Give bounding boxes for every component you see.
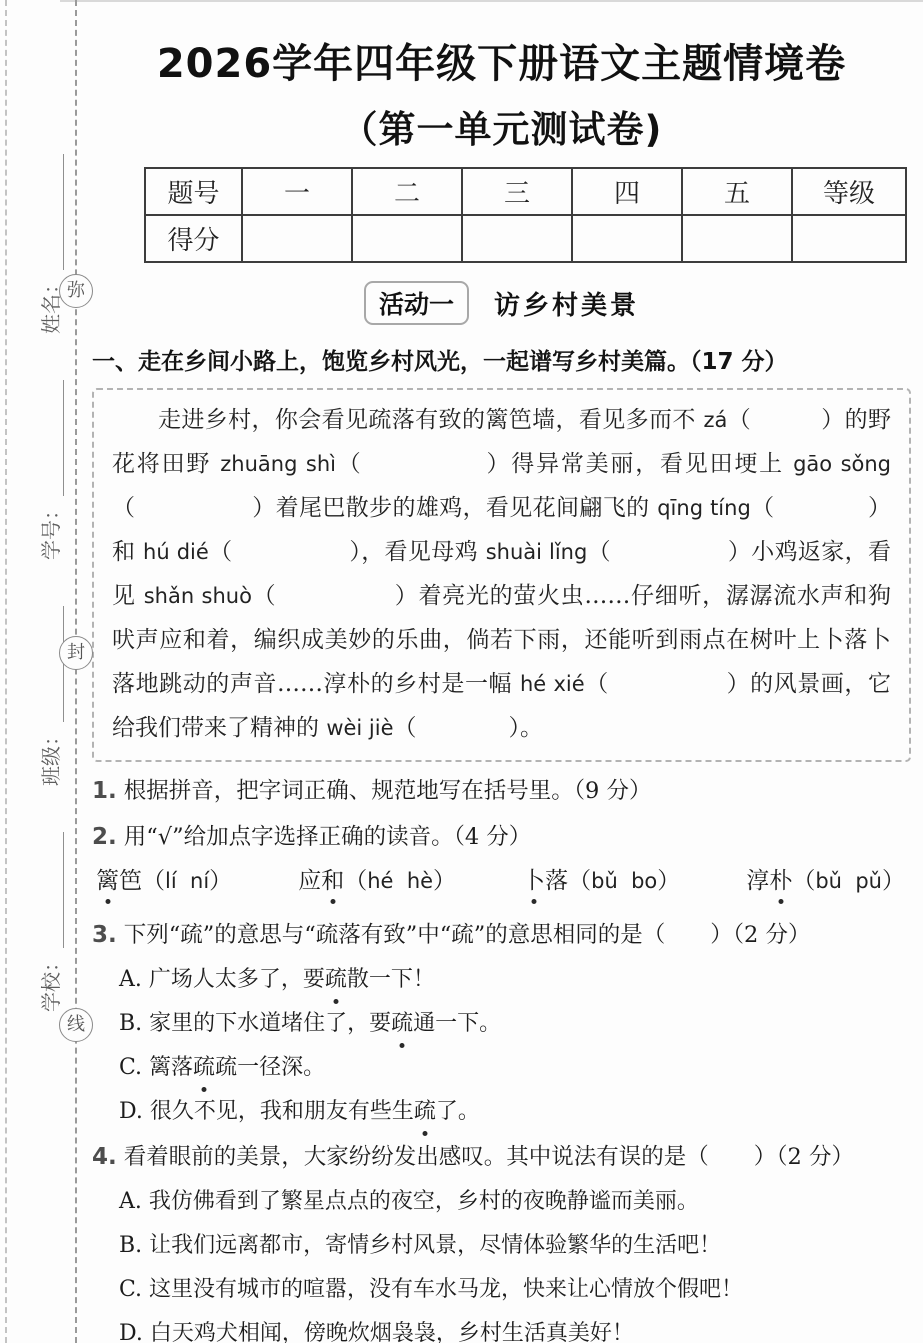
school-label: 学校： xyxy=(35,952,64,1012)
q3-option-d: D. 很久不见，我和朋友有些生疏了。 xyxy=(119,1095,911,1128)
exam-subtitle: （第一单元测试卷) xyxy=(92,99,911,153)
seal-dashed-line xyxy=(75,0,77,1343)
seal-char-xian: 线 xyxy=(59,1008,93,1042)
score-header-5: 五 xyxy=(682,168,792,215)
question-1-number: 1. xyxy=(92,778,117,804)
score-cell-1 xyxy=(242,215,352,262)
score-cell-3 xyxy=(462,215,572,262)
q2-word-buluo: 卜落（bǔ bo） xyxy=(522,866,680,896)
score-cell-5 xyxy=(682,215,792,262)
student-number-blank-line xyxy=(43,380,64,496)
score-table: 题号 一 二 三 四 五 等级 得分 xyxy=(144,167,907,263)
score-cell-grade xyxy=(792,215,906,262)
school-blank-line xyxy=(43,832,64,948)
score-header-3: 三 xyxy=(462,168,572,215)
seal-char-mi: 弥 xyxy=(59,274,93,308)
question-4: 4.看着眼前的美景，大家纷纷发出感叹。其中说法有误的是（ ）（2 分） xyxy=(92,1141,911,1174)
q3-option-b: B. 家里的下水道堵住了，要疏通一下。 xyxy=(119,1007,911,1040)
score-header-1: 一 xyxy=(242,168,352,215)
exam-content: 2026学年四年级下册语文主题情境卷 （第一单元测试卷) 题号 一 二 三 四 … xyxy=(92,0,911,1343)
score-header-2: 二 xyxy=(352,168,462,215)
name-field: 姓名： xyxy=(35,154,64,334)
activity-badge: 活动一 xyxy=(364,281,469,325)
score-header-4: 四 xyxy=(572,168,682,215)
q2-word-chunpu: 淳朴（bǔ pǔ） xyxy=(746,866,905,896)
question-3-text: 下列“疏”的意思与“疏落有致”中“疏”的意思相同的是（ ）（2 分） xyxy=(124,922,811,948)
score-header-grade: 等级 xyxy=(792,168,906,215)
exam-paper-page: 弥 封 线 学校： 班级： 学号： 姓名： 2026学年四年级下册语文主题情境卷… xyxy=(0,0,923,1343)
q4-option-c: C. 这里没有城市的喧嚣，没有车水马龙，快来让心情放个假吧！ xyxy=(119,1273,911,1306)
score-cell-4 xyxy=(572,215,682,262)
activity-header: 活动一 访乡村美景 xyxy=(92,281,911,325)
section-one-heading: 一、走在乡间小路上，饱览乡村风光，一起谱写乡村美篇。（17 分） xyxy=(92,343,911,376)
question-2: 2.用“√”给加点字选择正确的读音。（4 分） xyxy=(92,821,911,854)
question-3-number: 3. xyxy=(92,922,117,948)
question-2-number: 2. xyxy=(92,824,117,850)
passage-text: 走进乡村，你会看见疏落有致的篱笆墙，看见多而不 zá（ ）的野花将田野 zhuā… xyxy=(112,398,891,750)
student-number-field: 学号： xyxy=(35,380,64,560)
exam-title: 2026学年四年级下册语文主题情境卷 xyxy=(92,32,911,89)
q4-option-d: D. 白天鸡犬相闻，傍晚炊烟袅袅，乡村生活真美好！ xyxy=(119,1317,911,1343)
q4-option-a: A. 我仿佛看到了繁星点点的夜空，乡村的夜晚静谧而美丽。 xyxy=(119,1185,911,1218)
question-3: 3.下列“疏”的意思与“疏落有致”中“疏”的意思相同的是（ ）（2 分） xyxy=(92,919,911,952)
score-table-score-row: 得分 xyxy=(145,215,906,262)
score-row-label: 得分 xyxy=(145,215,242,262)
passage-box: 走进乡村，你会看见疏落有致的篱笆墙，看见多而不 zá（ ）的野花将田野 zhuā… xyxy=(92,388,911,762)
question-1: 1.根据拼音，把字词正确、规范地写在括号里。（9 分） xyxy=(92,775,911,808)
activity-title: 访乡村美景 xyxy=(494,285,639,322)
q3-option-c: C. 篱落疏疏一径深。 xyxy=(119,1051,911,1084)
question-4-text: 看着眼前的美景，大家纷纷发出感叹。其中说法有误的是（ ）（2 分） xyxy=(124,1144,854,1170)
q3-option-a: A. 广场人太多了，要疏散一下！ xyxy=(119,963,911,996)
score-cell-2 xyxy=(352,215,462,262)
score-table-header-row: 题号 一 二 三 四 五 等级 xyxy=(145,168,906,215)
class-label: 班级： xyxy=(35,726,64,786)
class-blank-line xyxy=(43,606,64,722)
q2-word-yinghe: 应和（hé hè） xyxy=(298,866,456,896)
question-1-text: 根据拼音，把字词正确、规范地写在括号里。（9 分） xyxy=(124,778,652,804)
page-cut-dashed-line xyxy=(5,0,7,1343)
q4-option-b: B. 让我们远离都市，寄情乡村风景，尽情体验繁华的生活吧！ xyxy=(119,1229,911,1262)
q2-word-list: 篱笆（lí ní） 应和（hé hè） 卜落（bǔ bo） 淳朴（bǔ pǔ） xyxy=(96,866,905,906)
q2-word-liba: 篱笆（lí ní） xyxy=(96,866,232,896)
student-number-label: 学号： xyxy=(35,500,64,560)
question-2-text: 用“√”给加点字选择正确的读音。（4 分） xyxy=(124,824,532,850)
class-field: 班级： xyxy=(35,606,64,786)
score-header-tihao: 题号 xyxy=(145,168,242,215)
school-field: 学校： xyxy=(35,832,64,1012)
seal-char-feng: 封 xyxy=(59,636,93,670)
question-4-number: 4. xyxy=(92,1144,117,1170)
student-info-margin: 学校： 班级： 学号： 姓名： xyxy=(20,72,64,1072)
name-blank-line xyxy=(43,154,64,270)
